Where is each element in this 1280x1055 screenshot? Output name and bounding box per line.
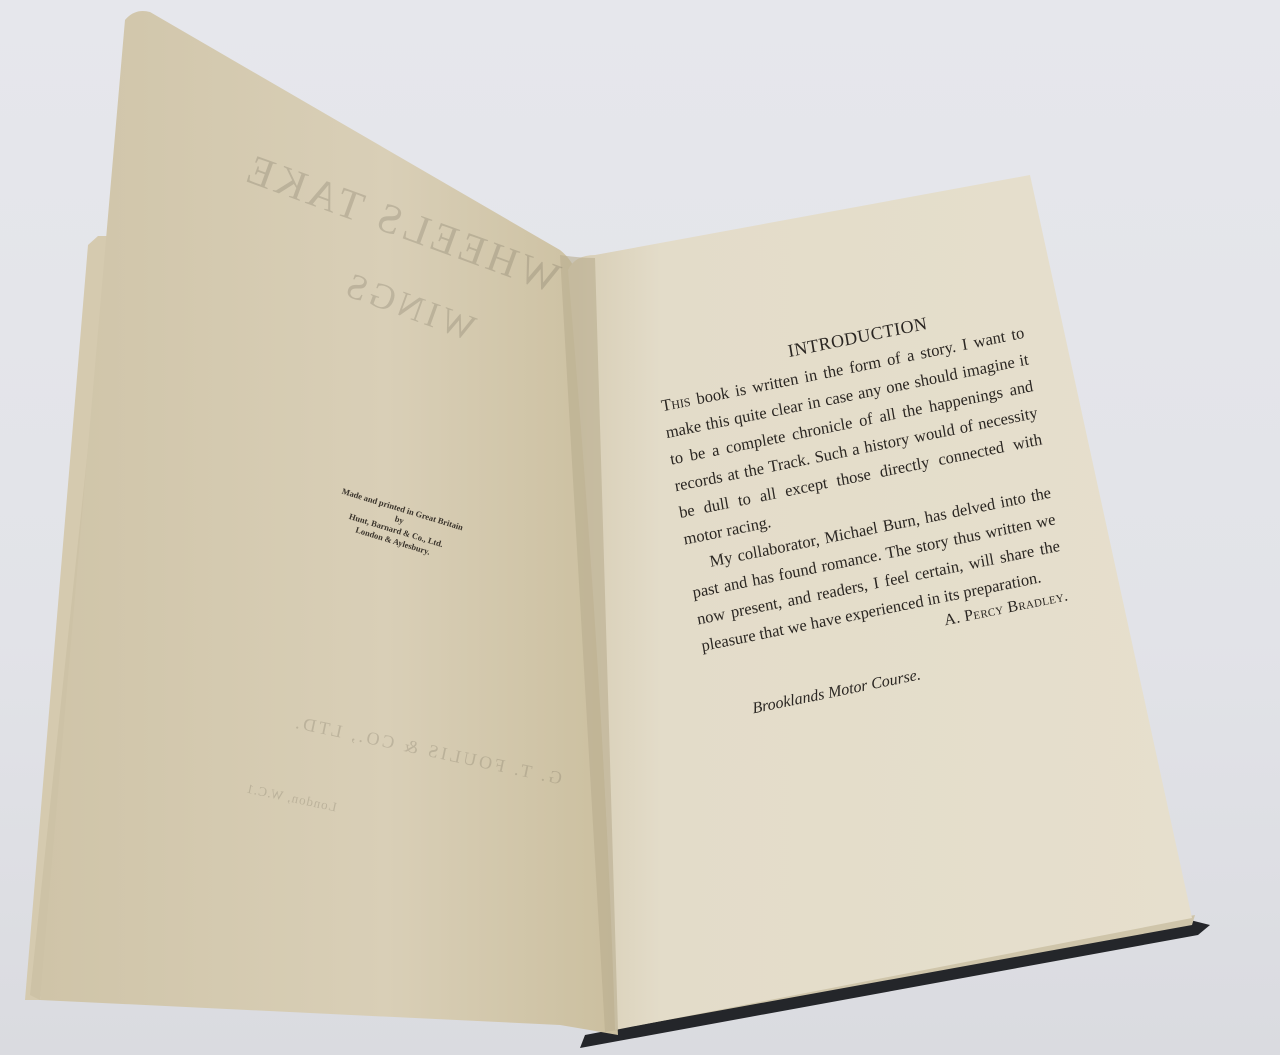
drop-lead-word: This xyxy=(660,391,692,416)
photo-scene: WHEELS TAKE WINGS G. T. FOULIS & CO., LT… xyxy=(0,0,1280,1055)
open-book-illustration xyxy=(0,0,1280,1055)
introduction-text-block: INTRODUCTION This book is written in the… xyxy=(655,294,1078,726)
